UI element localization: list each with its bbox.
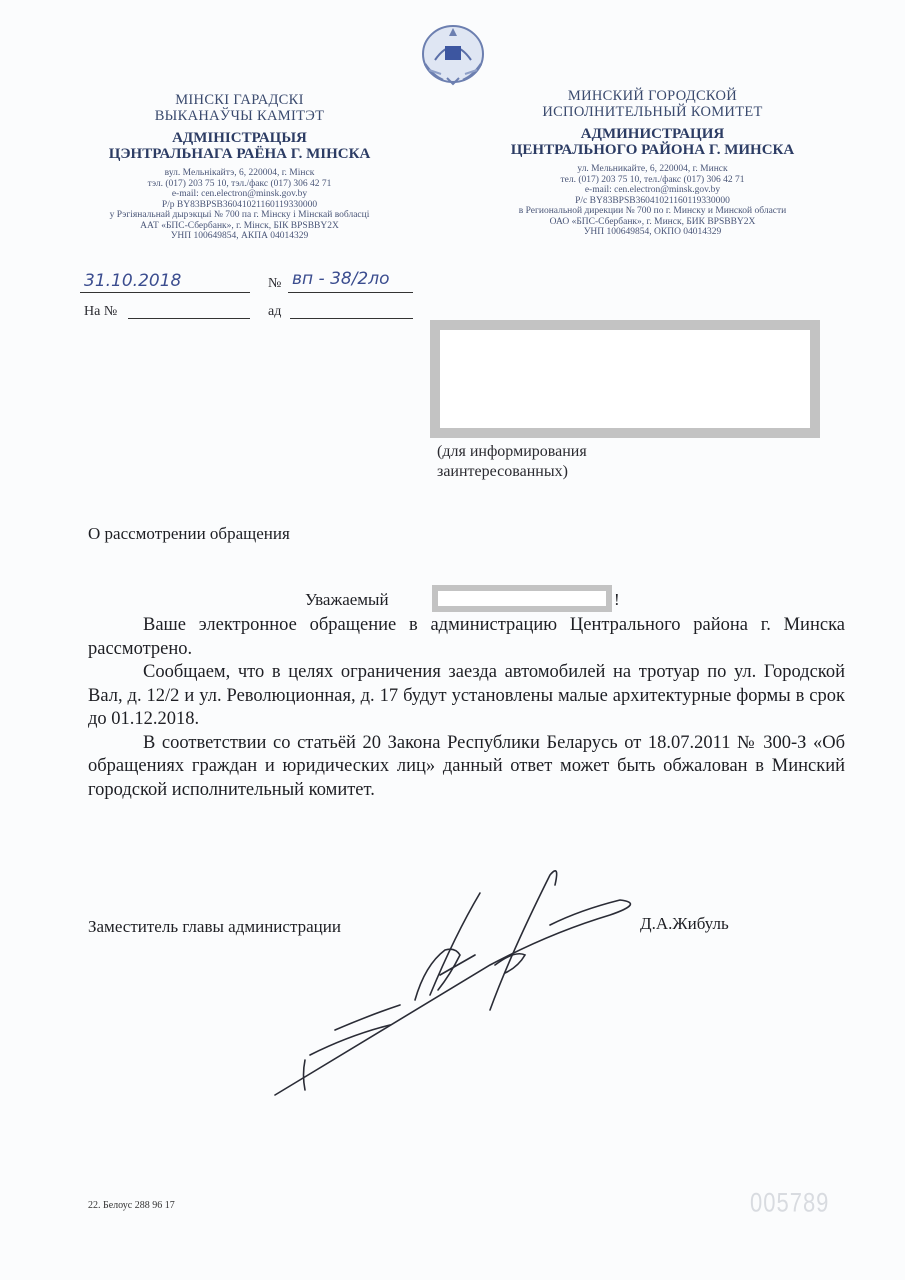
greeting-punctuation: ! [614, 590, 620, 610]
addressee-redacted [430, 320, 820, 438]
requisite-phone: тэл. (017) 203 75 10, тэл./факс (017) 30… [62, 179, 417, 190]
letter-date: 31.10.2018 [84, 271, 181, 291]
requisite-address: вул. Мельнікайтэ, 6, 220004, г. Мінск [62, 168, 417, 179]
requisite-bank-division: у Рэгіянальнай дырэкцыі № 700 па г. Мінс… [62, 210, 417, 221]
reply-to-underline [128, 318, 250, 319]
requisite-tax-id: УНП 100649854, АКПА 04014329 [62, 231, 417, 242]
executor-note: 22. Белоус 288 96 17 [88, 1200, 175, 1211]
requisites: ул. Мельникайте, 6, 220004, г. Минск тел… [455, 164, 850, 238]
requisite-bank-division: в Региональной дирекции № 700 по г. Минс… [455, 206, 850, 217]
addressee-note: (для информирования заинтересованных) [437, 442, 587, 482]
number-label: № [268, 276, 281, 292]
org-name-line1: МИНСКИЙ ГОРОДСКОЙ [455, 88, 850, 104]
letterhead-belarusian: МІНСКІ ГАРАДСКІ ВЫКАНАЎЧЫ КАМІТЭТ АДМІНІ… [62, 92, 417, 242]
from-label: ад [268, 304, 281, 320]
admin-name-line2: ЦЭНТРАЛЬНАГА РАЁНА Г. МІНСКА [62, 146, 417, 162]
org-name-line2: ИСПОЛНИТЕЛЬНЫЙ КОМИТЕТ [455, 104, 850, 120]
greeting-salutation: Уважаемый [305, 590, 389, 610]
number-underline [288, 292, 413, 293]
greeting-name-redacted [432, 585, 612, 612]
reply-to-label: На № [84, 304, 117, 320]
from-underline [290, 318, 413, 319]
admin-name-line1: АДМІНІСТРАЦЫЯ [62, 130, 417, 146]
requisite-bank: ОАО «БПС-Сбербанк», г. Минск, БИК BPSBBY… [455, 217, 850, 228]
handwritten-signature-icon [250, 855, 670, 1115]
requisite-account: Р/р BY83BPSB36041021160119330000 [62, 200, 417, 211]
admin-name-line1: АДМИНИСТРАЦИЯ [455, 126, 850, 142]
body-paragraph: В соответствии со статьёй 20 Закона Респ… [88, 732, 845, 803]
date-underline [80, 292, 250, 293]
requisite-tax-id: УНП 100649854, ОКПО 04014329 [455, 227, 850, 238]
org-name-line2: ВЫКАНАЎЧЫ КАМІТЭТ [62, 108, 417, 124]
requisite-email: e-mail: cen.electron@minsk.gov.by [455, 185, 850, 196]
requisites: вул. Мельнікайтэ, 6, 220004, г. Мінск тэ… [62, 168, 417, 242]
letter-subject: О рассмотрении обращения [88, 524, 290, 544]
requisite-bank: ААТ «БПС-Сбербанк», г. Мінск, БІК BPSBBY… [62, 221, 417, 232]
body-paragraph: Сообщаем, что в целях ограничения заезда… [88, 661, 845, 732]
form-serial-number: 005789 [750, 1187, 829, 1218]
letter-number: вп - 38/2ло [292, 269, 390, 289]
addressee-note-line1: (для информирования [437, 442, 587, 462]
requisite-phone: тел. (017) 203 75 10, тел./факс (017) 30… [455, 175, 850, 186]
requisite-email: e-mail: cen.electron@minsk.gov.by [62, 189, 417, 200]
admin-name-line2: ЦЕНТРАЛЬНОГО РАЙОНА Г. МИНСКА [455, 142, 850, 158]
body-paragraph: Ваше электронное обращение в администрац… [88, 614, 845, 661]
requisite-account: Р/с BY83BPSB36041021160119330000 [455, 196, 850, 207]
requisite-address: ул. Мельникайте, 6, 220004, г. Минск [455, 164, 850, 175]
org-name-line1: МІНСКІ ГАРАДСКІ [62, 92, 417, 108]
addressee-note-line2: заинтересованных) [437, 462, 587, 482]
letter-body: Ваше электронное обращение в администрац… [88, 614, 845, 802]
letterhead-russian: МИНСКИЙ ГОРОДСКОЙ ИСПОЛНИТЕЛЬНЫЙ КОМИТЕТ… [455, 88, 850, 238]
state-emblem-icon [413, 14, 493, 90]
